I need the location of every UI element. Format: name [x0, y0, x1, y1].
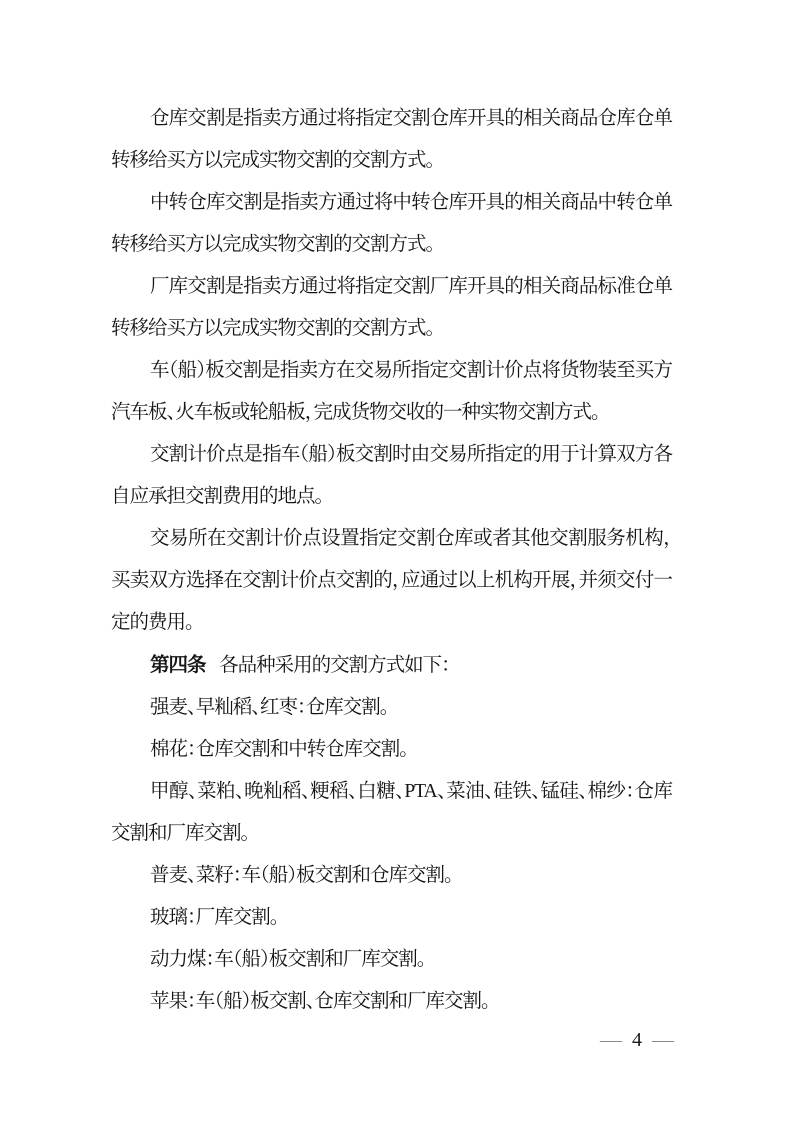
paragraph-text: 棉花：仓库交割和中转仓库交割。 — [150, 739, 408, 760]
paragraph-methanol-rapeseed-meal-etc: 甲醇、菜粕、晚籼稻、粳稻、白糖、PTA、菜油、硅铁、锰硅、棉纱：仓库交割和厂库交… — [111, 771, 672, 855]
paragraph-glass: 玻璃：厂库交割。 — [111, 897, 672, 939]
page-number: 4 — [632, 1029, 642, 1051]
paragraph-thermal-coal: 动力煤：车（船）板交割和厂库交割。 — [111, 939, 672, 981]
paragraph-common-wheat-rapeseed: 普麦、菜籽：车（船）板交割和仓库交割。 — [111, 855, 672, 897]
paragraph-text: 交易所在交割计价点设置指定交割仓库或者其他交割服务机构，买卖双方选择在交割计价点… — [111, 528, 672, 633]
paragraph-truck-ship-board-delivery: 车（船）板交割是指卖方在交易所指定交割计价点将货物装至买方汽车板、火车板或轮船板… — [111, 350, 672, 434]
paragraph-apple: 苹果：车（船）板交割、仓库交割和厂库交割。 — [111, 981, 672, 1023]
paragraph-strong-wheat-rice-jujube: 强麦、早籼稻、红枣：仓库交割。 — [111, 687, 672, 729]
paragraph-text: 交割计价点是指车（船）板交割时由交易所指定的用于计算双方各自应承担交割费用的地点… — [111, 444, 672, 507]
document-page: 仓库交割是指卖方通过将指定交割仓库开具的相关商品仓库仓单转移给买方以完成实物交割… — [0, 0, 793, 1122]
paragraph-text: 厂库交割是指卖方通过将指定交割厂库开具的相关商品标准仓单转移给买方以完成实物交割… — [111, 276, 672, 339]
paragraph-delivery-pricing-point: 交割计价点是指车（船）板交割时由交易所指定的用于计算双方各自应承担交割费用的地点… — [111, 434, 672, 518]
paragraph-article-4: 第四条各品种采用的交割方式如下： — [111, 644, 672, 687]
article-number-keyword: 第四条 — [150, 654, 206, 676]
paragraph-text: 普麦、菜籽：车（船）板交割和仓库交割。 — [150, 865, 453, 886]
footer-left-dash: — — [600, 1029, 622, 1051]
paragraph-cotton: 棉花：仓库交割和中转仓库交割。 — [111, 729, 672, 771]
document-body: 仓库交割是指卖方通过将指定交割仓库开具的相关商品仓库仓单转移给买方以完成实物交割… — [111, 98, 672, 1023]
paragraph-factory-warehouse-delivery: 厂库交割是指卖方通过将指定交割厂库开具的相关商品标准仓单转移给买方以完成实物交割… — [111, 266, 672, 350]
paragraph-text: 苹果：车（船）板交割、仓库交割和厂库交割。 — [150, 991, 490, 1012]
paragraph-text: 车（船）板交割是指卖方在交易所指定交割计价点将货物装至买方汽车板、火车板或轮船板… — [111, 360, 672, 423]
paragraph-text: 动力煤：车（船）板交割和厂库交割。 — [150, 949, 426, 970]
paragraph-text: 玻璃：厂库交割。 — [150, 907, 279, 928]
paragraph-warehouse-delivery: 仓库交割是指卖方通过将指定交割仓库开具的相关商品仓库仓单转移给买方以完成实物交割… — [111, 98, 672, 182]
paragraph-pricing-point-services: 交易所在交割计价点设置指定交割仓库或者其他交割服务机构，买卖双方选择在交割计价点… — [111, 518, 672, 644]
paragraph-text: 甲醇、菜粕、晚籼稻、粳稻、白糖、PTA、菜油、硅铁、锰硅、棉纱：仓库交割和厂库交… — [111, 781, 672, 844]
paragraph-text: 中转仓库交割是指卖方通过将中转仓库开具的相关商品中转仓单转移给买方以完成实物交割… — [111, 192, 672, 255]
paragraph-text: 仓库交割是指卖方通过将指定交割仓库开具的相关商品仓库仓单转移给买方以完成实物交割… — [111, 108, 672, 171]
footer-right-dash: — — [652, 1029, 674, 1051]
paragraph-text: 各品种采用的交割方式如下： — [219, 655, 450, 676]
paragraph-text: 强麦、早籼稻、红枣：仓库交割。 — [150, 697, 389, 718]
paragraph-transit-warehouse-delivery: 中转仓库交割是指卖方通过将中转仓库开具的相关商品中转仓单转移给买方以完成实物交割… — [111, 182, 672, 266]
page-footer: — 4 — — [601, 1029, 673, 1051]
